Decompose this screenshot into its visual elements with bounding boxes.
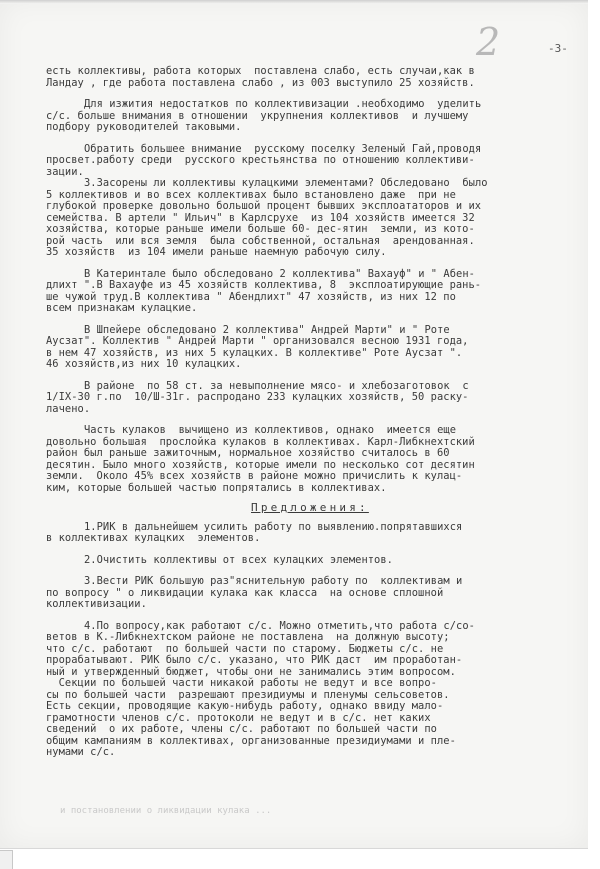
report-paragraph: 3.Засорены ли коллективы кулацкими элеме… bbox=[46, 178, 566, 259]
handwritten-page-mark: 2 bbox=[476, 20, 500, 64]
text-line: лачено. bbox=[46, 404, 566, 416]
text-line: 3.Вести РИК большую раз"яснительную рабо… bbox=[46, 576, 566, 588]
text-line: район был раньше зажиточным, нормальное … bbox=[46, 448, 566, 460]
paragraph-gap bbox=[46, 371, 566, 381]
page-number: -3- bbox=[548, 42, 568, 55]
document-body: есть коллективы, работа которых поставле… bbox=[46, 66, 566, 759]
text-line: 2.Очистить коллективы от всех кулацких э… bbox=[46, 555, 566, 567]
proposal-item: 3.Вести РИК большую раз"яснительную рабо… bbox=[46, 576, 566, 611]
report-paragraphs: есть коллективы, работа которых поставле… bbox=[46, 66, 566, 494]
proposals-list: 1.РИК в дальнейшем усилить работу по выя… bbox=[46, 522, 566, 759]
proposal-item: 1.РИК в дальнейшем усилить работу по выя… bbox=[46, 522, 566, 545]
page-edge bbox=[0, 0, 588, 4]
proposals-heading: Предложения: bbox=[46, 502, 566, 514]
text-line: хозяйства, которые раньше имели больше 6… bbox=[46, 224, 566, 236]
paragraph-gap bbox=[46, 545, 566, 555]
text-line: 1/IX-30 г.по 10/Ш-31г. распродано 233 ку… bbox=[46, 392, 566, 404]
text-line: длихт ".В Вахауфе из 45 хозяйств коллект… bbox=[46, 280, 566, 292]
report-paragraph: Часть кулаков вычищено из коллективов, о… bbox=[46, 425, 566, 494]
text-line: 46 хозяйств,из них 10 кулацких. bbox=[46, 359, 566, 371]
proposal-item: 4.По вопросу,как работают с/с. Можно отм… bbox=[46, 621, 566, 759]
paragraph-gap bbox=[46, 134, 566, 144]
paragraph-gap bbox=[46, 259, 566, 269]
text-line: общим кампаниям в коллективах, организов… bbox=[46, 736, 566, 748]
text-line: Ландау , где работа поставлена слабо , и… bbox=[46, 78, 566, 90]
document-page: 2 -3- есть коллективы, работа которых по… bbox=[0, 0, 588, 849]
proposal-item: 2.Очистить коллективы от всех кулацких э… bbox=[46, 555, 566, 567]
report-paragraph: В районе по 58 ст. за невыполнение мясо-… bbox=[46, 381, 566, 416]
text-line: Часть кулаков вычищено из коллективов, о… bbox=[46, 425, 566, 437]
text-line: Аусзат". Коллектив " Андрей Марти " орга… bbox=[46, 336, 566, 348]
text-line: есть коллективы, работа которых поставле… bbox=[46, 66, 566, 78]
text-line: 35 хозяйств из 104 имели раньше наемную … bbox=[46, 247, 566, 259]
report-paragraph: В Катеринтале было обследовано 2 коллект… bbox=[46, 269, 566, 315]
text-line: Есть секции, проводящие какую-нибудь раб… bbox=[46, 701, 566, 713]
text-line: Для изжития недостатков по коллективизац… bbox=[46, 99, 566, 111]
text-line: подбору руководителей таковыми. bbox=[46, 122, 566, 134]
text-line: 3.Засорены ли коллективы кулацкими элеме… bbox=[46, 178, 566, 190]
text-line: глубокой проверке довольно большой проце… bbox=[46, 201, 566, 213]
text-line: просвет.работу среди русского крестьянст… bbox=[46, 155, 566, 167]
report-paragraph: есть коллективы, работа которых поставле… bbox=[46, 66, 566, 89]
report-paragraph: Для изжития недостатков по коллективизац… bbox=[46, 99, 566, 134]
paragraph-gap bbox=[46, 315, 566, 325]
text-line: ветов в К.-Либкнехтском районе не постав… bbox=[46, 632, 566, 644]
text-line: сведений о их работе, члены с/с. работаю… bbox=[46, 724, 566, 736]
text-line: в коллективах кулацких элементов. bbox=[46, 533, 566, 545]
text-line: всем признакам кулацкие. bbox=[46, 303, 566, 315]
page-corner-icon bbox=[0, 850, 13, 869]
text-line: земли. Около 45% всех хозяйств в районе … bbox=[46, 471, 566, 483]
text-line: ким, которые большей частью попрятались … bbox=[46, 483, 566, 495]
text-line: прорабатывают. РИК было с/с. указано, чт… bbox=[46, 655, 566, 667]
report-paragraph: Обратить большее внимание русскому посел… bbox=[46, 144, 566, 179]
text-line: Секции по большей части никакой работы н… bbox=[46, 678, 566, 690]
bleed-through-text: и постановлении о ликвидации кулака ... bbox=[60, 806, 560, 816]
text-line: нумами с/с. bbox=[46, 747, 566, 759]
paragraph-gap bbox=[46, 611, 566, 621]
report-paragraph: В Шпейере обследовано 2 коллектива" Андр… bbox=[46, 325, 566, 371]
text-line: коллективизации. bbox=[46, 599, 566, 611]
